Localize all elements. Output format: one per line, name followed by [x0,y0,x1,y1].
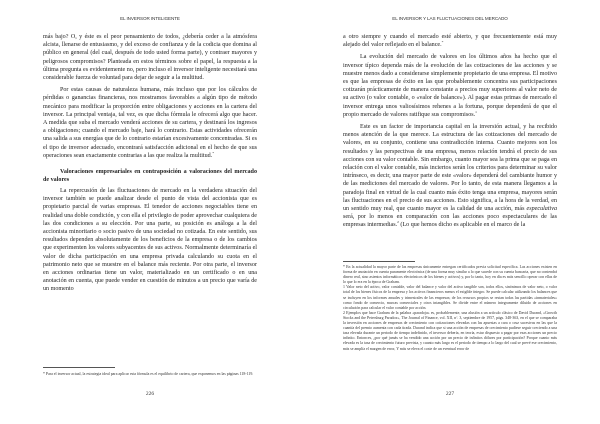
right-page: EL INVERSOR Y LAS FLUCTUACIONES DEL MERC… [300,0,600,424]
footnote-divider [343,261,415,262]
paragraph: Este es un factor de importancia capital… [343,123,557,230]
paragraph: a otro siempre y cuando el mercado esté … [343,33,557,49]
paragraph: Por estas causas de naturaleza humana, m… [43,86,257,160]
footnote-marker[interactable]: * [442,40,444,44]
page-number-left: 226 [0,391,300,397]
emphasis: especulativa [527,206,557,212]
running-head-right: EL INVERSOR Y LAS FLUCTUACIONES DEL MERC… [300,16,600,21]
left-page: EL INVERSOR INTELIGENTE más bajo? O, y é… [0,0,300,424]
footnote: * Para el inversor actual, la estrategia… [43,372,257,377]
paragraph: más bajo? O, y éste es el peor pensamien… [43,33,257,82]
running-head-left: EL INVERSOR INTELIGENTE [0,16,300,21]
footnote-divider [43,367,115,368]
footnotes-right: * En la actualidad la mayor parte de las… [343,265,557,352]
paragraph: La repercusión de las fluctuaciones de m… [43,187,257,294]
footnote: * En la actualidad la mayor parte de las… [343,265,557,285]
footnote: 1 Valor neto del activo, valor contable,… [343,285,557,310]
footnote-marker[interactable]: * [212,151,214,155]
page-number-right: 227 [300,391,600,397]
footnote-marker[interactable]: 1 [475,110,477,114]
paragraph: La evolución del mercado de valores en l… [343,53,557,119]
section-heading: Valoraciones empresariales en contraposi… [43,168,257,184]
right-page-body: a otro siempre y cuando el mercado esté … [343,33,557,234]
footnote: 2 Ejemplos que hace Graham de la palabra… [343,311,557,352]
footnotes-left: * Para el inversor actual, la estrategia… [43,372,257,377]
left-page-body: más bajo? O, y éste es el peor pensamien… [43,33,257,298]
